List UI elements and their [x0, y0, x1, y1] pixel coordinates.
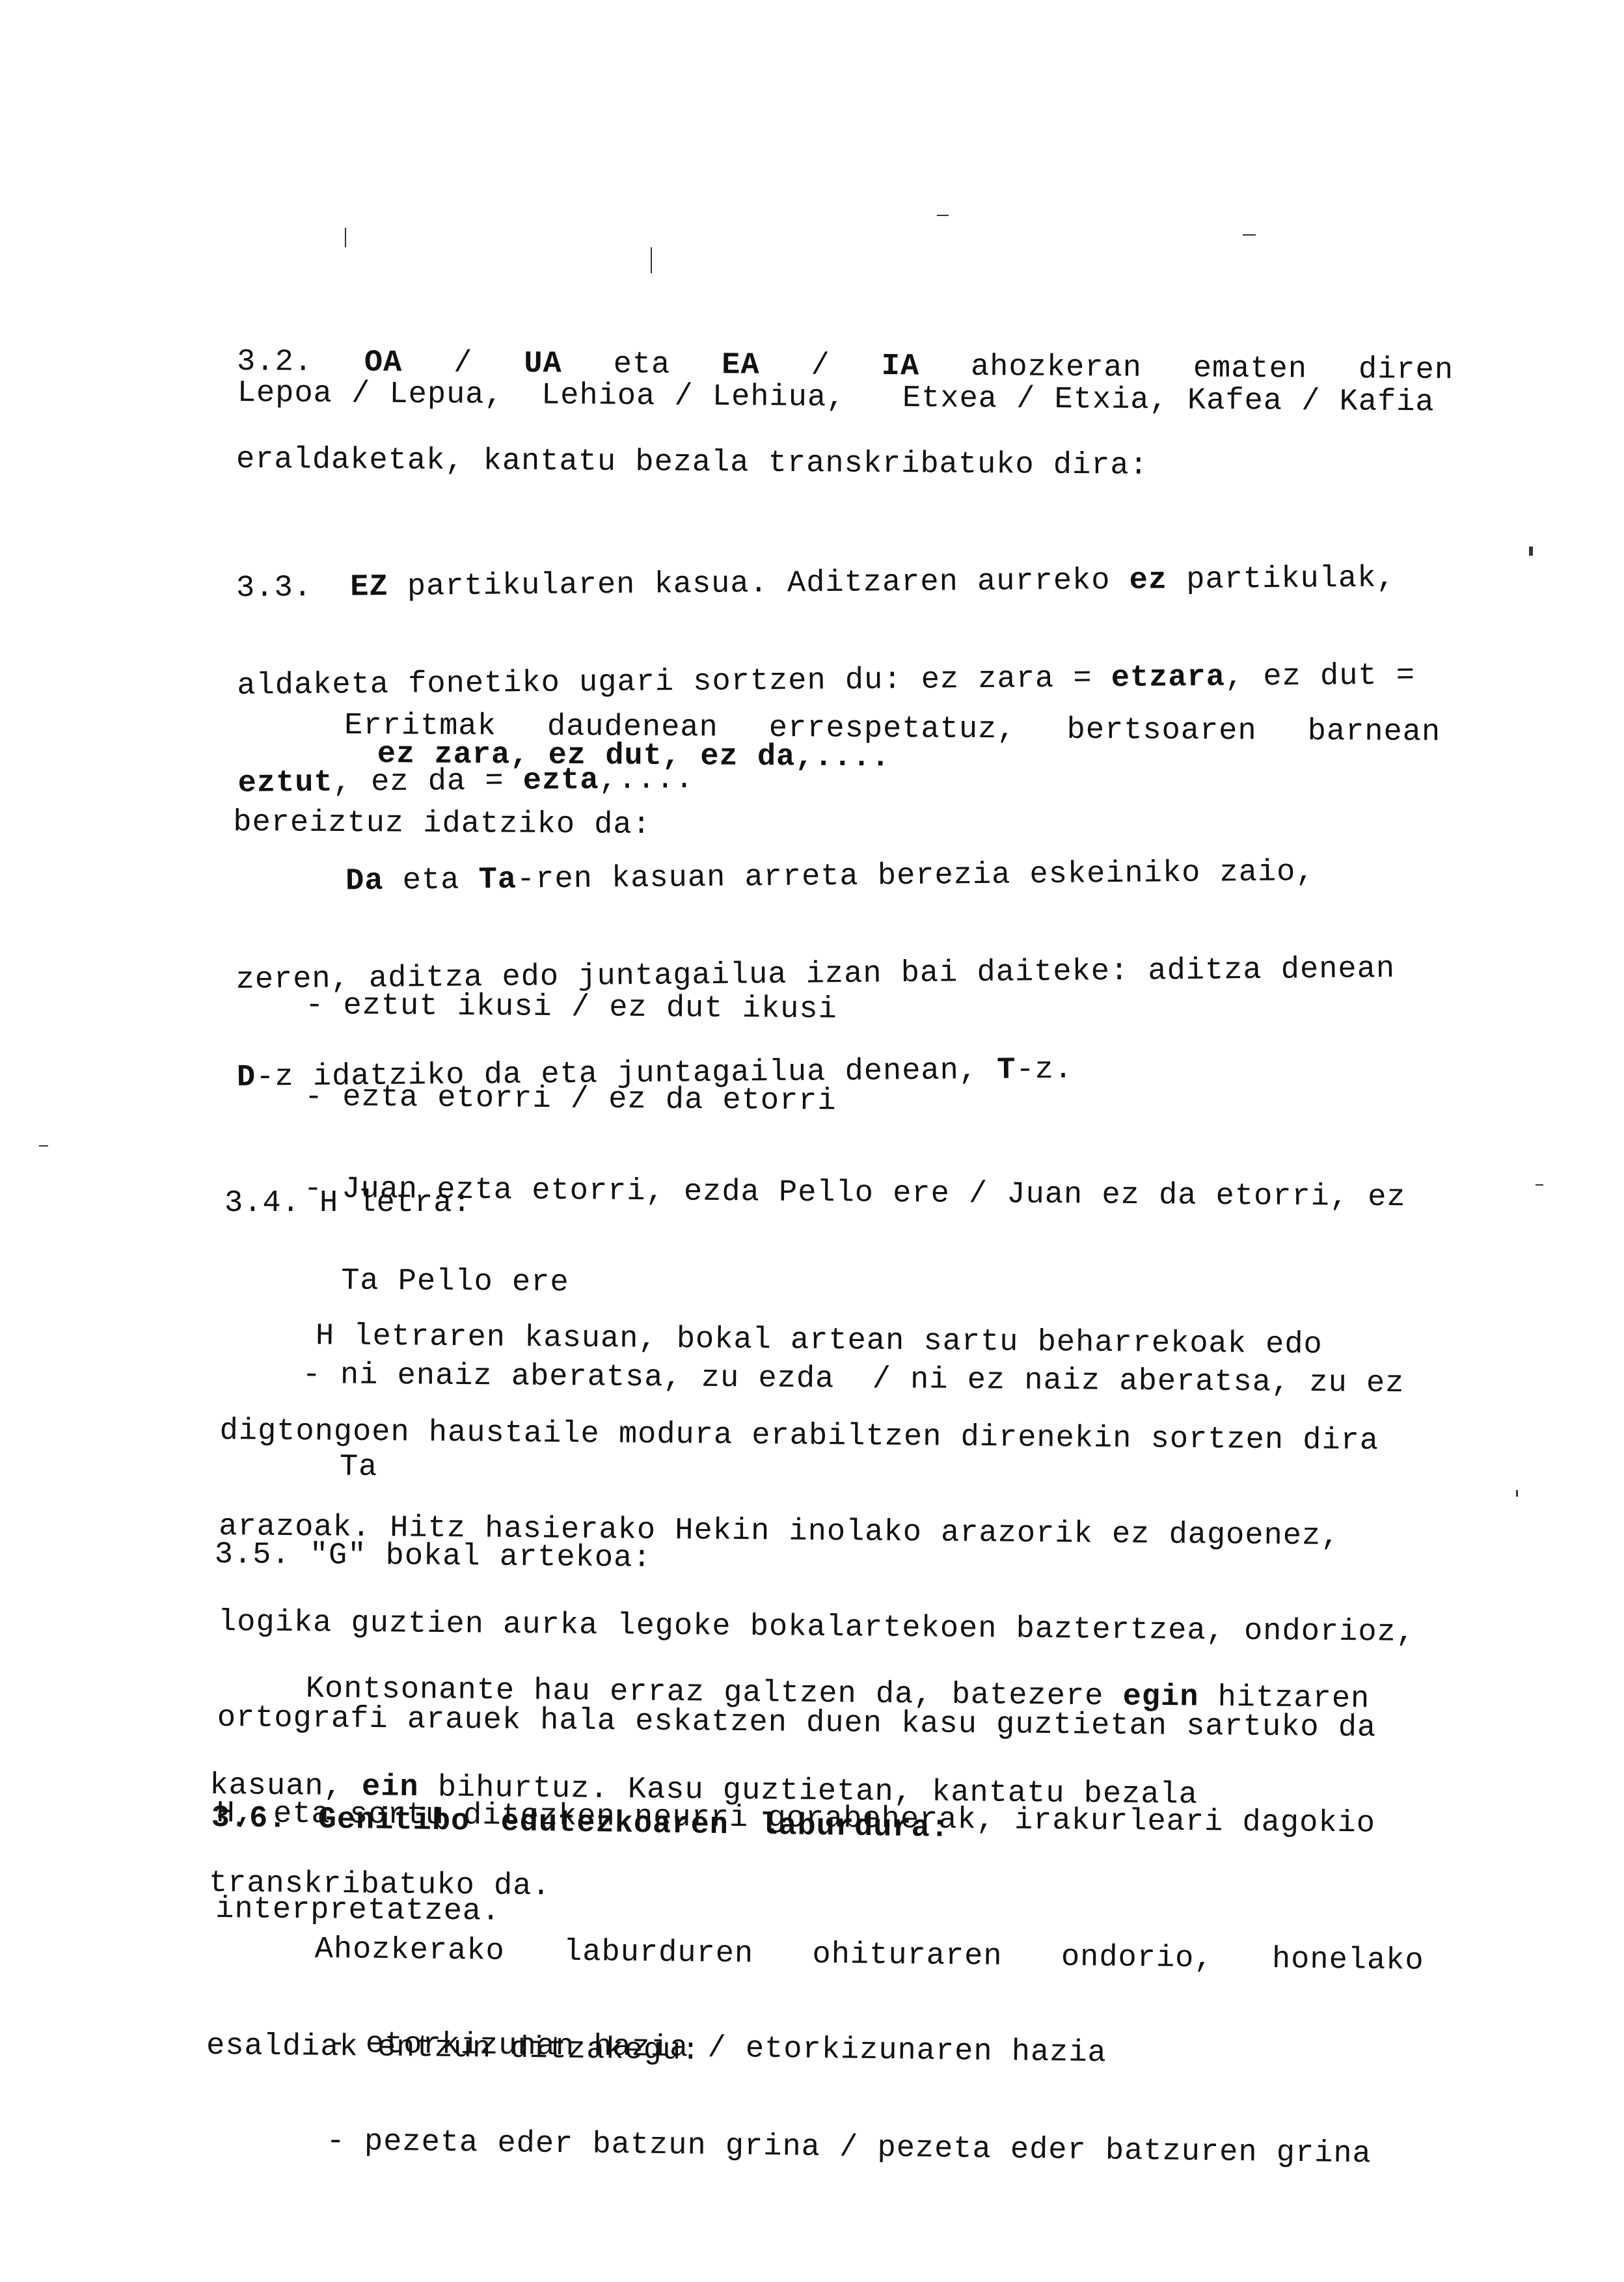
scan-speck: [39, 1145, 48, 1147]
list-item: - eztut ikusi / ez dut ikusi: [305, 990, 1407, 1029]
scan-speck: [1529, 547, 1533, 556]
scan-speck: [1516, 1490, 1518, 1497]
scan-speck: [345, 228, 346, 247]
section-3-6-example-list: - etorkizunan hazia / etorkizunaren hazi…: [234, 1962, 1374, 2236]
section-3-5-heading: 3.5. "G" bokal artekoa:: [215, 1539, 652, 1575]
section-3-4-heading: 3.4. H letra:: [224, 1188, 472, 1220]
list-item: - pezeta eder batzun grina / pezeta eder…: [235, 2125, 1372, 2171]
list-item: - ezta etorri / ez da etorri: [304, 1082, 1407, 1121]
scan-speck: [1536, 1184, 1543, 1186]
section-3-3-example: ez zara, ez dut, ez da,....: [377, 739, 891, 775]
section-3-2-line2: eraldaketak, kantatu bezala transkribatu…: [236, 444, 1453, 485]
list-item: - etorkizunan hazia / etorkizunaren hazi…: [236, 2027, 1373, 2073]
scan-speck: [1243, 234, 1256, 236]
scan-speck: [937, 215, 949, 216]
scan-speck: [651, 247, 652, 273]
scanned-document-page: 3.2. OA / UA eta EA / IA ahozkeran emate…: [0, 0, 1624, 2282]
section-number: 3.2.: [237, 346, 313, 379]
section-number: 3.3.: [236, 571, 312, 606]
